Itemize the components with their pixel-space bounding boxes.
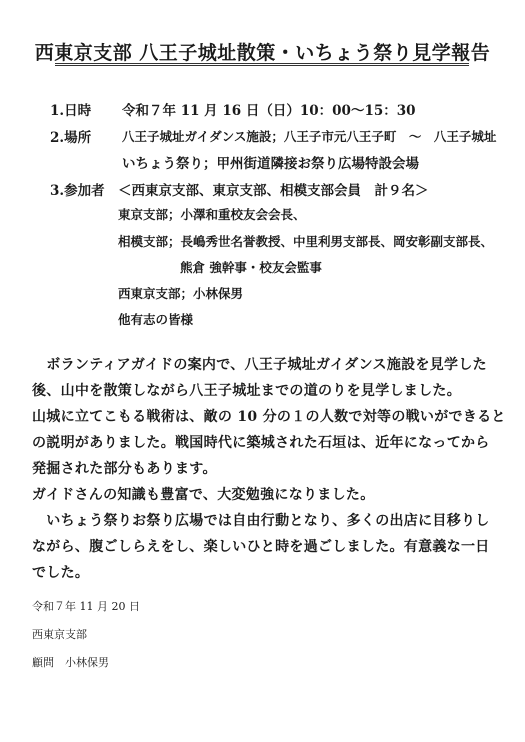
- participants-tokyo: 東京支部；小澤和重校友会会長、: [118, 205, 306, 223]
- participants-nishitokyo: 西東京支部；小林保男: [118, 284, 243, 302]
- body-line: 後、山中を散策しながら八王子城址までの道のりを見学しました。: [32, 380, 461, 400]
- title-underline-second: [55, 65, 469, 66]
- report-date: 令和７年 11 月 20 日: [32, 598, 140, 614]
- label-participants: 3.参加者: [50, 179, 105, 199]
- label-datetime: 1.日時: [50, 99, 91, 119]
- page-title: 西東京支部 八王子城址散策・いちょう祭り見学報告: [0, 38, 525, 65]
- report-branch: 西東京支部: [32, 626, 87, 642]
- title-underline: [55, 63, 469, 64]
- body-line: 発掘された部分もあります。: [32, 458, 217, 478]
- value-datetime: 令和７年 11 月 16 日（日）10：00〜15：30: [122, 99, 416, 119]
- body-line: いちょう祭りお祭り広場では自由行動となり、多くの出店に目移りし: [32, 510, 490, 530]
- label-place: 2.場所: [50, 126, 91, 146]
- body-line: ボランティアガイドの案内で、八王子城址ガイダンス施設を見学した: [32, 354, 487, 374]
- participants-summary: ＜西東京支部、東京支部、相模支部会員 計９名＞: [118, 179, 429, 199]
- body-line: 山城に立てこもる戦術は、敵の 10 分の１の人数で対等の戦いができると: [32, 406, 506, 426]
- body-line: ながら、腹ごしらえをし、楽しいひと時を過ごしました。有意義な一日: [32, 536, 490, 556]
- body-line: の説明がありました。戦国時代に築城された石垣は、近年になってから: [32, 432, 490, 452]
- body-line: ガイドさんの知識も豊富で、大変勉強になりました。: [32, 484, 375, 504]
- participants-sagami: 相模支部；長嶋秀世名誉教授、中里利男支部長、岡安彰副支部長、: [118, 232, 493, 250]
- value-place-2: いちょう祭り；甲州街道隣接お祭り広場特設会場: [122, 152, 419, 172]
- body-line: でした。: [32, 562, 89, 582]
- participants-sagami-cont: 熊倉 強幹事・校友会監事: [180, 258, 322, 276]
- participants-others: 他有志の皆様: [118, 310, 193, 328]
- value-place-1: 八王子城址ガイダンス施設；八王子市元八王子町 〜 八王子城址: [122, 127, 496, 145]
- report-author: 顧問 小林保男: [32, 654, 109, 670]
